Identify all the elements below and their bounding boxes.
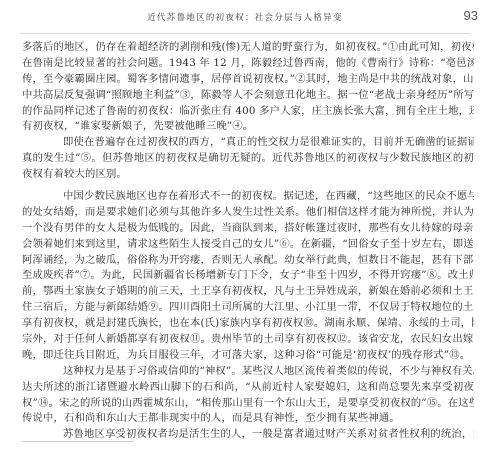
text-line: 的处女结婚，而是要求她们必须与其他许多人发生过性关系。他们相信这样才能为神所悦，…: [22, 205, 474, 221]
text-line: 一个没有男伴的女人是极为低贱的。因此，当商队到来，搭好帐篷过夜时，那些有女儿待嫁…: [22, 221, 474, 237]
text-line: 传说中，石和尚和东山大王都非现实中的人，而是具有神性，至少拥有某些神通。: [22, 411, 474, 427]
text-line: 这种权力是基于习俗或信仰的“神权”。某些汉人地区流传着类似的传说，不少与神权有关…: [22, 364, 474, 380]
text-line: 前，鄂西土家族女子婚期的前三天，土王享有初夜权，凡与土王异姓成亲，新娘在婚前必须…: [22, 284, 474, 300]
text-line: 住三宿后，方能与新郎结婚⑨。四川酉阳土司所属的大江里、小江里一带，不仅居于特权地…: [22, 300, 474, 316]
text-line: 享有初夜权，就是封建氏族长，也在本(氏)家族内享有初夜权⑩。湖南永顺、保靖、永绥…: [22, 316, 474, 332]
text-line: 阿浑诵经，为之破瓜，俗俗称为开窍瘘，否则无人承配。幼女举行此典，恒数日不能起，甚…: [22, 253, 474, 269]
text-line: 会领着她们来到这里，请求这些陌生人接受自己的女儿”⑥。在新疆，“回俗女子至十岁左…: [22, 237, 474, 253]
text-line: 夜权有着较大的区别。: [22, 167, 474, 183]
text-line: 中共高层反复强调“照顾地主利益”③，陈毅等人不会刻意丑化地主。据一位“老战士亲身…: [22, 88, 474, 104]
text-line: 至成废疾者”⑦。为此，民国新疆省长杨增新专门下令，女子“非至十四岁，不得开窍瘘”…: [22, 268, 474, 284]
footnote-divider: [22, 441, 134, 442]
body-text: 多落后的地区，仍存在着超经济的剥削和残(惨)无人道的野蛮行为，如初夜权。”①由此…: [22, 40, 474, 443]
text-line: 权”⑭。宋之的所说的山西霍城东山，“相传那山里有一个东山大王，是要享受初夜权的”…: [22, 396, 474, 412]
text-line: 有初夜权，“谁家娶新娘子，先要被他睡三晚”④。: [22, 119, 474, 135]
running-header: 近代苏鲁地区的初夜权：社会分层与人格异变 93: [20, 0, 470, 34]
page-number: 93: [464, 8, 478, 23]
text-line: 即使在普遍存在过初夜权的西方，“真正的性交权力是很难证实的，目前并无确凿的证据证…: [22, 135, 474, 151]
running-header-title: 近代苏鲁地区的初夜权：社会分层与人格异变: [20, 11, 470, 23]
text-line: 中国少数民族地区也存在着形式不一的初夜权。据记述，在西藏，“这些地区的民众不愿与…: [22, 189, 474, 205]
text-line: 的作品同样记述了鲁南的初夜权：临沂张庄有 400 多户人家，庄主族长张大富，拥有…: [22, 104, 474, 120]
text-line: 在鲁南是比较显著的社会问题。1943 年 12 月，陈毅经过鲁西南，他的《曹南行…: [22, 56, 474, 72]
text-line: 传，至今豪霸圈庄园。蜀客多情问遗事，居停首说初夜权。”②其时，地主尚是中共的统战…: [22, 72, 474, 88]
text-line: 宗外，对于任何人新婚都享有初夜权⑪。贵州毕节的土司享有初夜权⑫。该省安龙，农民妇…: [22, 332, 474, 348]
text-line: 晚，即迁往兵目附近，为兵目服役三年，才可落夫家，这种习俗“可能是‘初夜权’的残存…: [22, 348, 474, 364]
text-line: 真的发生过”⑤。但苏鲁地区的初夜权是确切无疑的。近代苏鲁地区的初夜权与少数民族地…: [22, 151, 474, 167]
text-line: 达夫所述的浙江诸暨避水岭西山脚下的石和尚，“从前近村人家娶媳妇，这和尚总要先来享…: [22, 380, 474, 396]
text-line: 多落后的地区，仍存在着超经济的剥削和残(惨)无人道的野蛮行为，如初夜权。”①由此…: [22, 40, 474, 56]
